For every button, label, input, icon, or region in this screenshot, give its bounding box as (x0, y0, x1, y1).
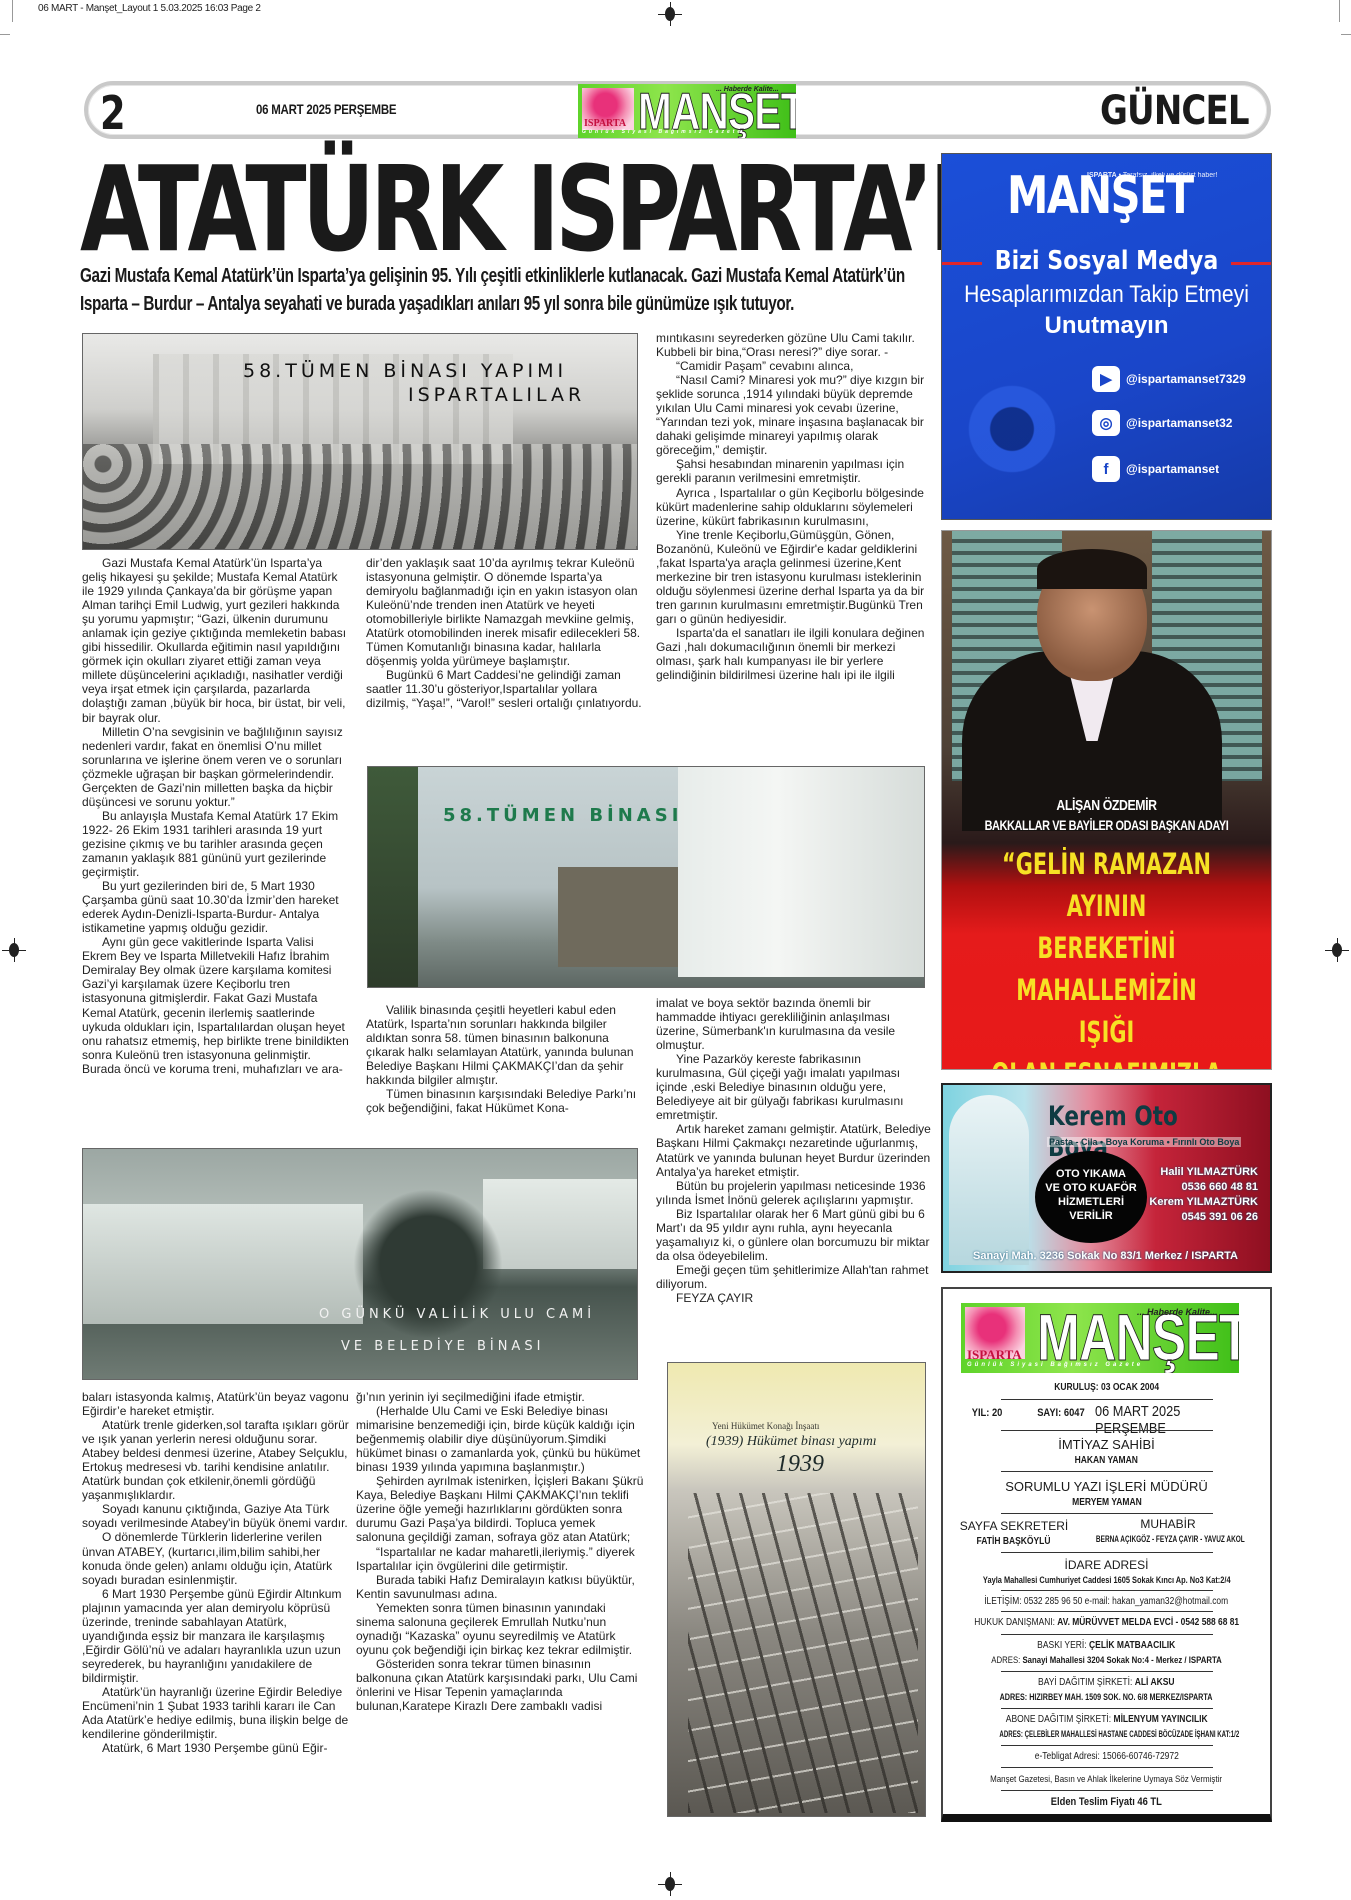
paragraph: “Nasıl Cami? Minaresi yok mu?” diye kızg… (656, 373, 932, 457)
founded: KURULUŞ: 03 OCAK 2004 (943, 1382, 1270, 1393)
registration-mark-icon (2, 938, 26, 962)
price: Elden Teslim Fiyatı 46 TL (943, 1796, 1270, 1808)
ad-address: Sanayi Mah. 3236 Sokak No 83/1 Merkez / … (973, 1250, 1238, 1262)
print-slug: 06 MART - Manşet_Layout 1 5.03.2025 16:0… (38, 3, 261, 14)
newspaper-logo: ISPARTA MANŞET ... Haberde Kalite... Gün… (578, 84, 796, 138)
social-handle-youtube[interactable]: ▶ @ispartamanset7329 (1092, 366, 1246, 392)
paragraph: “Ispartalılar ne kadar maharetli,ileriym… (356, 1545, 646, 1573)
paragraph: Yine trenle Keçiborlu,Gümüşgün, Gönen, B… (656, 528, 932, 626)
crop-mark (0, 34, 10, 35)
registration-mark-icon (658, 2, 682, 26)
contact-info: İLETİŞİM: 0532 285 96 50 e-mail: hakan_y… (943, 1596, 1270, 1607)
divider (1001, 1430, 1213, 1431)
photo-valilik-ulu-cami: O GÜNKÜ VALİLİK ULU CAMİ VE BELEDİYE BİN… (82, 1148, 638, 1380)
photo-caption: 58.TÜMEN BİNASI (443, 805, 682, 826)
secretary-label: SAYFA SEKRETERİ (959, 1519, 1069, 1533)
paragraph: Bütün bu projelerin yapılması neticesind… (656, 1179, 932, 1207)
logo-tagline: Günlük Siyasi Bağımsız Gazete (582, 129, 743, 135)
paragraph: Burada tabiki Hafız Demiralayın katkısı … (356, 1573, 646, 1601)
e-tebligat: e-Tebligat Adresi: 15066-60746-72972 (943, 1751, 1270, 1762)
article-column-1-bottom: baları istasyonda kalmış, Atatürk’ün bey… (82, 1390, 354, 1755)
subscription: ABONE DAĞITIM ŞİRKETİ: MİLENYUM YAYINCIL… (943, 1714, 1270, 1725)
print-address: ADRES: Sanayi Mahallesi 3204 Sokak No:4 … (943, 1655, 1270, 1666)
subscription-address: ADRES: ÇELEBİLER MAHALLESİ HASTANE CADDE… (943, 1729, 1270, 1739)
article-deck: Gazi Mustafa Kemal Atatürk’ün Isparta’ya… (80, 262, 922, 318)
dealer: BAYİ DAĞITIM ŞİRKETİ: ALİ AKSU (943, 1677, 1270, 1688)
paragraph: Soyadı kanunu çıktığında, Gaziye Ata Tür… (82, 1502, 354, 1530)
reporter-label: MUHABİR (1073, 1517, 1263, 1531)
divider (1001, 1767, 1213, 1768)
paragraph: Atatürk, 6 Mart 1930 Perşembe günü Eğir- (82, 1741, 354, 1755)
paragraph: Isparta'da el sanatları ile ilgili konul… (656, 626, 932, 682)
paragraph: dir’den yaklaşık saat 10’da ayrılmış tek… (366, 556, 642, 668)
masthead-logo: ISPARTA MANŞET ... Haberde Kalite... Gün… (961, 1303, 1239, 1373)
photo-tumen-building: 58.TÜMEN BİNASI (367, 766, 925, 988)
year: YIL: 20 (969, 1407, 1005, 1419)
paragraph: “Camidir Paşam” cevabını alınca, (656, 359, 932, 373)
photo-caption: 58.TÜMEN BİNASI YAPIMI (243, 360, 567, 382)
social-handle-facebook[interactable]: f @ispartamanset (1092, 456, 1219, 482)
ad-line: Bizi Sosyal Medya (967, 246, 1247, 276)
article-column-3-middle: imalat ve boya sektör bazında önemli bir… (656, 996, 932, 1305)
article-column-3: mıntıkasını seyrederken gözüne Ulu Cami … (656, 331, 932, 682)
paragraph: Aynı gün gece vakitlerinde Isparta Valis… (82, 935, 350, 1075)
owner-label: İMTİYAZ SAHİBİ (943, 1437, 1270, 1452)
divider (1001, 1634, 1213, 1635)
article-column-1: Gazi Mustafa Kemal Atatürk’ün Isparta’ya… (82, 556, 350, 1076)
issue-date: 06 MART 2025 PERŞEMBE (1095, 1403, 1270, 1437)
page-number: 2 (100, 86, 126, 140)
article-headline: ATATÜRK ISPARTA’DA (80, 150, 1064, 268)
paragraph: Ayrıca , Ispartalılar o gün Keçiborlu bö… (656, 486, 932, 528)
crop-mark (12, 0, 13, 22)
paragraph: Emeği geçen tüm şehitlerimize Allah'tan … (656, 1263, 932, 1291)
article-column-2: dir’den yaklaşık saat 10’da ayrılmış tek… (366, 556, 642, 711)
handle-text: @ispartamanset (1126, 462, 1219, 476)
photo-caption: VE BELEDİYE BİNASI (341, 1339, 544, 1354)
crop-mark (1339, 0, 1340, 22)
divider (1001, 1745, 1213, 1746)
candidate-name: ALİŞAN ÖZDEMİR (972, 797, 1242, 814)
paragraph: Valilik binasında çeşitli heyetleri kabu… (366, 1003, 642, 1087)
section-title: GÜNCEL (1100, 88, 1249, 134)
registration-mark-icon (1325, 938, 1349, 962)
photo-hukumet-binasi: Yeni Hükümet Konağı İnşaatı (1939) Hüküm… (667, 1362, 926, 1817)
old-house (558, 867, 678, 967)
paragraph: Şehirden ayrılmak istenirken, İçişleri B… (356, 1474, 646, 1544)
paragraph: Bu yurt gezilerinden biri de, 5 Mart 193… (82, 879, 350, 935)
divider (1001, 1513, 1213, 1514)
valilik-building (83, 1204, 363, 1324)
legal-advisor: HUKUK DANIŞMANI: AV. MÜRÜVVET MELDA EVCİ… (943, 1617, 1270, 1628)
divider (1001, 1552, 1213, 1553)
dealer-address: ADRES: HIZIRBEY MAH. 1509 SOK. NO. 6/8 M… (943, 1692, 1270, 1702)
press-pledge: Manşet Gazetesi, Basın ve Ahlak İlkeleri… (943, 1774, 1270, 1785)
divider (1001, 1590, 1213, 1591)
paragraph: Şahsi hesabından minarenin yapılması içi… (656, 457, 932, 485)
social-handle-instagram[interactable]: ◎ @ispartamanset32 (1092, 410, 1232, 436)
ad-line: Hesaplarımızdan Takip Etmeyi (962, 281, 1252, 309)
handle-text: @ispartamanset7329 (1126, 372, 1246, 386)
photo-tumen-construction: 58.TÜMEN BİNASI YAPIMI ISPARTALILAR (82, 333, 638, 550)
registration-mark-icon (658, 1872, 682, 1896)
masthead-box: ISPARTA MANŞET ... Haberde Kalite... Gün… (941, 1287, 1272, 1822)
logo-tagline: Günlük Siyasi Bağımsız Gazete (967, 1362, 1143, 1368)
facebook-icon: f (1092, 456, 1120, 482)
author-byline: FEYZA ÇAYIR (656, 1291, 932, 1305)
paragraph: baları istasyonda kalmış, Atatürk’ün bey… (82, 1390, 354, 1418)
editor-label: SORUMLU YAZI İŞLERİ MÜDÜRÜ (943, 1479, 1270, 1494)
divider (1001, 1611, 1213, 1612)
reporters: BERNA AÇIKGÖZ - FEYZA ÇAYIR - YAVUZ AKOL (1067, 1534, 1267, 1544)
photo-caption: 1939 (776, 1451, 824, 1478)
paragraph: Atatürk trenle giderken,sol tarafta ışık… (82, 1418, 354, 1502)
divider (1001, 1708, 1213, 1709)
paragraph: Artık hareket zamanı gelmiştir. Atatürk,… (656, 1122, 932, 1178)
instagram-icon: ◎ (1092, 410, 1120, 436)
header-date: 06 MART 2025 PERŞEMBE (256, 101, 396, 117)
paragraph: O dönemlerde Türklerin liderlerine veril… (82, 1530, 354, 1586)
ad-kerem-oto-boya[interactable]: Kerem Oto Boya Pasta - Cila • Boya Korum… (941, 1083, 1272, 1273)
ad-social-media[interactable]: MANŞET ISPARTA • Tarafsız, ilkeli ve dür… (941, 153, 1272, 520)
paragraph: Bugünkü 6 Mart Caddesi’ne gelindiği zama… (366, 668, 642, 710)
white-building (678, 767, 925, 977)
social-globe-graphic (962, 379, 1062, 479)
paragraph: ğı’nın yerinin iyi seçilmediğini ifade e… (356, 1390, 646, 1404)
divider (1001, 1671, 1213, 1672)
logo-city: ISPARTA (967, 1347, 1022, 1363)
paragraph: Tümen binasının karşısındaki Belediye Pa… (366, 1087, 642, 1115)
ad-services: Pasta - Cila • Boya Koruma • Fırınlı Oto… (1047, 1137, 1241, 1147)
handle-text: @ispartamanset32 (1126, 416, 1232, 430)
paragraph: Biz Ispartalılar olarak her 6 Mart günü … (656, 1207, 932, 1263)
divider (1001, 1399, 1213, 1400)
paragraph: Gazi Mustafa Kemal Atatürk’ün Isparta’ya… (82, 556, 350, 725)
paragraph: Atatürk’ün hayranlığı üzerine Eğirdir Be… (82, 1685, 354, 1741)
photo-caption: (1939) Hükümet binası yapımı (706, 1434, 877, 1450)
painter-figure (949, 1095, 1029, 1265)
paragraph: Milletin O’na sevgisinin ve bağlılığının… (82, 725, 350, 809)
belediye-building (483, 1179, 638, 1269)
admin-label: İDARE ADRESİ (943, 1558, 1270, 1572)
paragraph: (Herhalde Ulu Cami ve Eski Belediye bina… (356, 1404, 646, 1474)
secretary: FATİH BAŞKÖYLÜ (959, 1536, 1069, 1547)
logo-slogan: ... Haberde Kalite... (716, 86, 779, 93)
paragraph: imalat ve boya sektör bazında önemli bir… (656, 996, 932, 1052)
paragraph: Yemekten sonra tümen binasının yanındaki… (356, 1601, 646, 1657)
ad-contacts: Halil YILMAZTÜRK 0536 660 48 81 Kerem YI… (1149, 1165, 1258, 1225)
crowd (83, 444, 638, 550)
paragraph: Yine Pazarköy kereste fabrikasının kurul… (656, 1052, 932, 1122)
editor: MERYEM YAMAN (943, 1497, 1270, 1508)
photo-caption: ISPARTALILAR (408, 384, 585, 406)
ad-services-oval: OTO YIKAMA VE OTO KUAFÖR HİZMETLERİ VERİ… (1035, 1151, 1147, 1243)
candidate-hair (1037, 549, 1147, 589)
article-column-2-bottom: ğı’nın yerinin iyi seçilmediğini ifade e… (356, 1390, 646, 1713)
scaffolding (688, 1493, 918, 1813)
ad-brand-sub: ISPARTA • Tarafsız, ilkeli ve dürüst hab… (1087, 172, 1217, 179)
photo-caption: O GÜNKÜ VALİLİK ULU CAMİ (319, 1307, 595, 1322)
ad-line: Unutmayın (942, 312, 1271, 340)
photo-caption: Yeni Hükümet Konağı İnşaatı (712, 1421, 819, 1431)
admin-address: Yayla Mahallesi Cumhuriyet Caddesi 1605 … (943, 1575, 1270, 1586)
candidate-quote: “GELİN RAMAZAN AYININ BEREKETİNİ MAHALLE… (988, 843, 1225, 1070)
crop-mark (1341, 34, 1351, 35)
logo-city: ISPARTA (584, 118, 626, 129)
article-column-2-middle: Valilik binasında çeşitli heyetleri kabu… (366, 1003, 642, 1115)
divider (1001, 1471, 1213, 1472)
ad-candidate[interactable]: ALİŞAN ÖZDEMİR BAKKALLAR VE BAYİLER ODAS… (941, 530, 1272, 1070)
youtube-icon: ▶ (1092, 366, 1120, 392)
paragraph: mıntıkasını seyrederken gözüne Ulu Cami … (656, 331, 932, 359)
tree (368, 767, 418, 988)
logo-slogan: ... Haberde Kalite... (1137, 1307, 1218, 1317)
paragraph: Gösteriden sonra tekrar tümen binasının … (356, 1657, 646, 1713)
issue-number: SAYI: 6047 (1033, 1407, 1089, 1419)
owner: HAKAN YAMAN (943, 1455, 1270, 1466)
divider (1001, 1790, 1213, 1791)
paragraph: 6 Mart 1930 Perşembe günü Eğirdir Altınk… (82, 1587, 354, 1685)
paragraph: Bu anlayışla Mustafa Kemal Atatürk 17 Ek… (82, 809, 350, 879)
candidate-title: BAKKALLAR VE BAYİLER ODASI BAŞKAN ADAYI (978, 817, 1235, 833)
print-house: BASKI YERİ: ÇELİK MATBAACILIK (943, 1640, 1270, 1651)
